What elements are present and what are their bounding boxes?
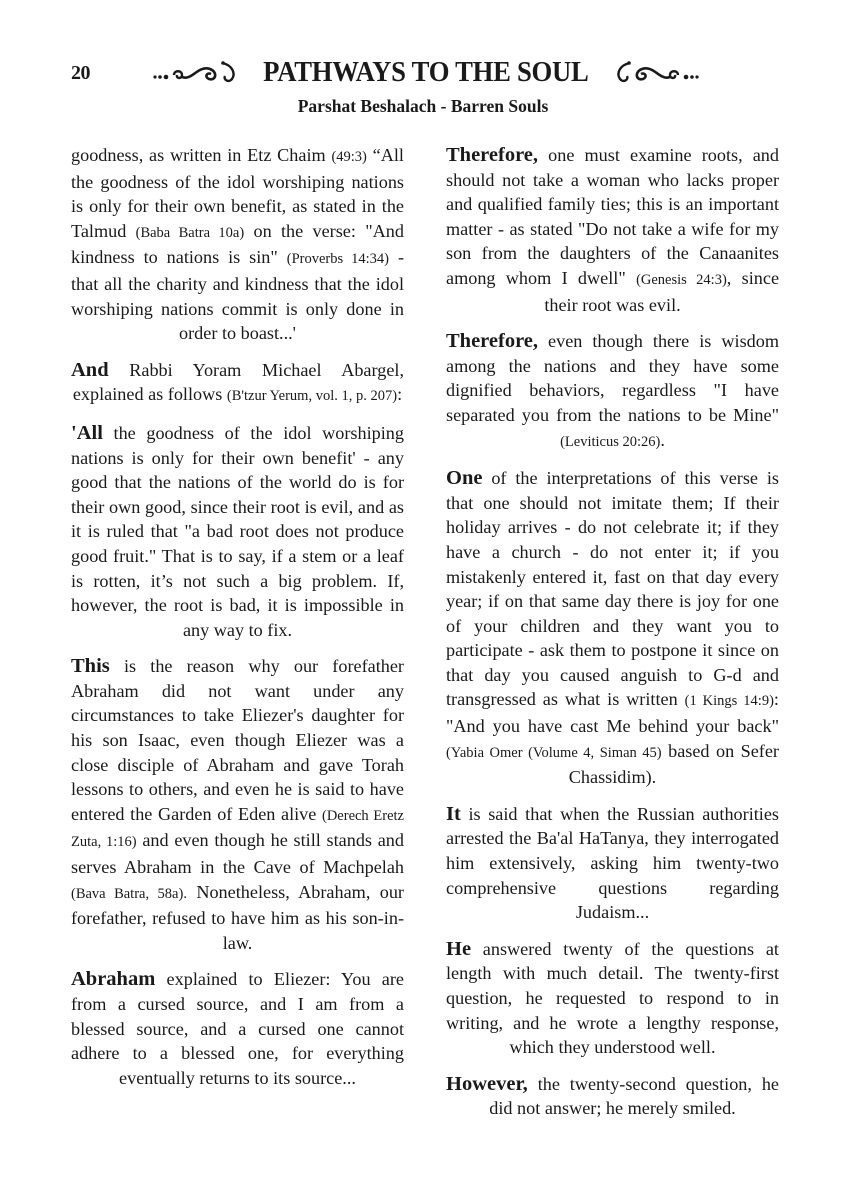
lead-word: Abraham (71, 968, 155, 990)
ornament-flourish-right-icon (606, 59, 700, 85)
body-text: . (660, 430, 665, 450)
body-text: is said that when the Russian authoritie… (446, 804, 779, 922)
paragraph: 'All the goodness of the idol worshiping… (71, 421, 404, 642)
left-column: goodness, as written in Etz Chaim (49:3)… (71, 143, 404, 1102)
citation: (Genesis 24:3) (636, 272, 727, 288)
body-text: the goodness of the idol worshiping nati… (71, 423, 404, 640)
body-text: answered twenty of the questions at leng… (446, 939, 779, 1057)
paragraph: And Rabbi Yoram Michael Abargel, explain… (71, 358, 404, 409)
citation: (B'tzur Yerum, vol. 1, p. 207) (227, 388, 397, 404)
right-column: Therefore, one must examine roots, and s… (446, 143, 779, 1133)
lead-word: And (71, 359, 109, 381)
paragraph: Therefore, even though there is wisdom a… (446, 329, 779, 454)
page-number: 20 (71, 62, 90, 85)
lead-word: Therefore, (446, 144, 538, 166)
paragraph: However, the twenty-second question, he … (446, 1072, 779, 1121)
lead-word: Therefore, (446, 330, 538, 352)
lead-word: 'All (71, 422, 103, 444)
chapter-subtitle: Parshat Beshalach - Barren Souls (0, 96, 846, 117)
lead-word: He (446, 938, 471, 960)
running-title: PATHWAYS TO THE SOUL (131, 52, 721, 92)
paragraph: He answered twenty of the questions at l… (446, 937, 779, 1060)
body-text: the twenty-second question, he did not a… (489, 1074, 779, 1119)
paragraph: One of the interpretations of this verse… (446, 466, 779, 790)
page-header: 20 PATHWAYS TO THE SOUL (0, 52, 846, 92)
citation: (49:3) (331, 149, 366, 165)
paragraph: Therefore, one must examine roots, and s… (446, 143, 779, 317)
body-text: one must examine roots, and should not t… (446, 145, 779, 288)
lead-word: One (446, 467, 482, 489)
citation: (Bava Batra, 58a). (71, 886, 187, 902)
ornament-flourish-left-icon (152, 59, 246, 85)
paragraph: It is said that when the Russian authori… (446, 802, 779, 925)
citation: (1 Kings 14:9) (685, 693, 774, 709)
citation: (Proverbs 14:34) (287, 251, 389, 267)
citation: (Baba Batra 10a) (136, 225, 245, 241)
lead-word: It (446, 803, 461, 825)
paragraph: goodness, as written in Etz Chaim (49:3)… (71, 143, 404, 346)
lead-word: This (71, 655, 110, 677)
lead-word: However, (446, 1073, 528, 1095)
citation: (Yabia Omer (Volume 4, Siman 45) (446, 745, 662, 761)
body-text: goodness, as written in Etz Chaim (71, 145, 331, 165)
body-text: is the reason why our forefather Abraham… (71, 656, 404, 824)
body-text: : (397, 384, 402, 404)
paragraph: Abraham explained to Eliezer: You are fr… (71, 967, 404, 1090)
book-title: PATHWAYS TO THE SOUL (263, 56, 588, 89)
body-text: of the interpretations of this verse is … (446, 468, 779, 709)
paragraph: This is the reason why our forefather Ab… (71, 654, 404, 955)
citation: (Leviticus 20:26) (560, 434, 660, 450)
